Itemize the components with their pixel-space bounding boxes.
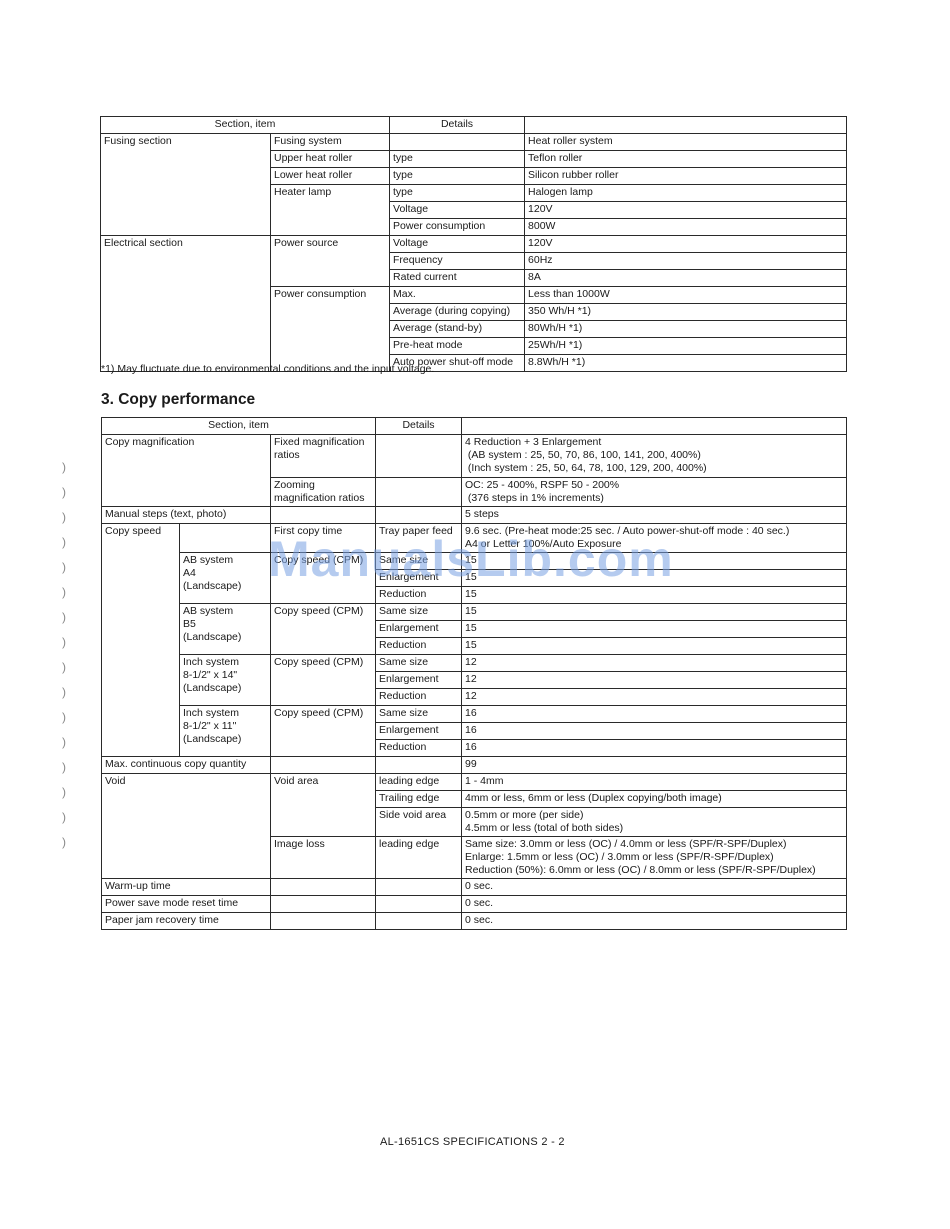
- value-cell: 5 steps: [462, 507, 847, 524]
- value-cell: Silicon rubber roller: [525, 168, 847, 185]
- item-cell: Copy speed (CPM): [271, 706, 376, 757]
- value-cell: Teflon roller: [525, 151, 847, 168]
- detail-cell: [390, 134, 525, 151]
- system-name: Inch system: [183, 656, 267, 669]
- detail-cell: Max.: [390, 287, 525, 304]
- paper-size: 8-1/2" x 14": [183, 669, 267, 682]
- item-cell: [271, 896, 376, 913]
- spacer-cell: [180, 524, 271, 553]
- value-line: Same size: 3.0mm or less (OC) / 4.0mm or…: [465, 838, 843, 851]
- value-cell: 16: [462, 706, 847, 723]
- value-line: (AB system : 25, 50, 70, 86, 100, 141, 2…: [465, 449, 843, 462]
- system-cell: Inch system 8-1/2" x 11" (Landscape): [180, 706, 271, 757]
- system-cell: AB system B5 (Landscape): [180, 604, 271, 655]
- table-row: Max. continuous copy quantity 99: [102, 757, 847, 774]
- detail-cell: [376, 913, 462, 930]
- detail-cell: [376, 507, 462, 524]
- value-cell: Heat roller system: [525, 134, 847, 151]
- header-section-item: Section, item: [102, 418, 376, 435]
- value-cell: 0 sec.: [462, 913, 847, 930]
- section-void: Void: [102, 774, 271, 879]
- value-line: 0.5mm or more (per side): [465, 809, 843, 822]
- value-cell: Less than 1000W: [525, 287, 847, 304]
- value-cell: 12: [462, 655, 847, 672]
- table-row: Warm-up time 0 sec.: [102, 879, 847, 896]
- detail-cell: Voltage: [390, 202, 525, 219]
- table-row: Fusing section Fusing system Heat roller…: [101, 134, 847, 151]
- system-cell: Inch system 8-1/2" x 14" (Landscape): [180, 655, 271, 706]
- value-cell: 8.8Wh/H *1): [525, 355, 847, 372]
- detail-cell: Enlargement: [376, 621, 462, 638]
- header-details: Details: [376, 418, 462, 435]
- header-details: Details: [390, 117, 525, 134]
- value-cell: 25Wh/H *1): [525, 338, 847, 355]
- table-row: Power save mode reset time 0 sec.: [102, 896, 847, 913]
- system-name: Inch system: [183, 707, 267, 720]
- table-header-row: Section, item Details: [101, 117, 847, 134]
- value-cell: 12: [462, 689, 847, 706]
- detail-cell: Enlargement: [376, 570, 462, 587]
- value-line: OC: 25 - 400%, RSPF 50 - 200%: [465, 479, 843, 492]
- table-row: Manual steps (text, photo) 5 steps: [102, 507, 847, 524]
- value-cell: 99: [462, 757, 847, 774]
- value-line: (Inch system : 25, 50, 64, 78, 100, 129,…: [465, 462, 843, 475]
- value-cell: 15: [462, 587, 847, 604]
- value-cell: 350 Wh/H *1): [525, 304, 847, 321]
- detail-cell: [376, 879, 462, 896]
- value-cell: 1 - 4mm: [462, 774, 847, 791]
- detail-cell: Same size: [376, 604, 462, 621]
- section-copy-magnification: Copy magnification: [102, 435, 271, 507]
- value-cell: 15: [462, 621, 847, 638]
- section-fusing: Fusing section: [101, 134, 271, 236]
- value-cell: 16: [462, 723, 847, 740]
- detail-cell: Enlargement: [376, 723, 462, 740]
- value-line: (376 steps in 1% increments): [465, 492, 843, 505]
- value-cell: 120V: [525, 202, 847, 219]
- table-row: Void Void area leading edge 1 - 4mm: [102, 774, 847, 791]
- value-cell: 15: [462, 553, 847, 570]
- table-row: Electrical section Power source Voltage …: [101, 236, 847, 253]
- item-cell: Heater lamp: [271, 185, 390, 236]
- value-cell: 0 sec.: [462, 879, 847, 896]
- detail-cell: Rated current: [390, 270, 525, 287]
- item-cell: Fusing system: [271, 134, 390, 151]
- specs-table-copy-performance: Section, item Details Copy magnification…: [101, 417, 847, 930]
- value-cell: 15: [462, 638, 847, 655]
- detail-cell: Same size: [376, 706, 462, 723]
- item-cell: [271, 757, 376, 774]
- item-cell: Void area: [271, 774, 376, 837]
- detail-cell: Reduction: [376, 689, 462, 706]
- detail-cell: Average (stand-by): [390, 321, 525, 338]
- header-section-item: Section, item: [101, 117, 390, 134]
- paper-size: 8-1/2" x 11": [183, 720, 267, 733]
- value-line: 4 Reduction + 3 Enlargement: [465, 436, 843, 449]
- item-cell: Fixed magnification ratios: [271, 435, 376, 478]
- detail-cell: Power consumption: [390, 219, 525, 236]
- page-footer: AL-1651CS SPECIFICATIONS 2 - 2: [380, 1136, 565, 1148]
- value-cell: 8A: [525, 270, 847, 287]
- specs-table-fusing-electrical: Section, item Details Fusing section Fus…: [100, 116, 847, 372]
- item-cell: Upper heat roller: [271, 151, 390, 168]
- value-cell: OC: 25 - 400%, RSPF 50 - 200% (376 steps…: [462, 478, 847, 507]
- value-cell: 0 sec.: [462, 896, 847, 913]
- table-row: AB system B5 (Landscape) Copy speed (CPM…: [102, 604, 847, 621]
- value-cell: 120V: [525, 236, 847, 253]
- value-cell: 15: [462, 604, 847, 621]
- table-row: Copy speed First copy time Tray paper fe…: [102, 524, 847, 553]
- detail-cell: Same size: [376, 655, 462, 672]
- header-value: [525, 117, 847, 134]
- item-cell: Power consumption: [271, 287, 390, 372]
- detail-cell: Same size: [376, 553, 462, 570]
- detail-cell: [376, 435, 462, 478]
- system-cell: AB system A4 (Landscape): [180, 553, 271, 604]
- item-cell: Copy speed (CPM): [271, 655, 376, 706]
- section-power-save-reset: Power save mode reset time: [102, 896, 271, 913]
- detail-cell: [376, 896, 462, 913]
- value-line: A4 or Letter 100%/Auto Exposure: [465, 538, 843, 551]
- value-cell: 80Wh/H *1): [525, 321, 847, 338]
- section-max-continuous: Max. continuous copy quantity: [102, 757, 271, 774]
- detail-cell: type: [390, 168, 525, 185]
- value-cell: 800W: [525, 219, 847, 236]
- detail-cell: Side void area: [376, 808, 462, 837]
- detail-cell: Voltage: [390, 236, 525, 253]
- header-value: [462, 418, 847, 435]
- detail-cell: leading edge: [376, 837, 462, 879]
- item-cell: [271, 507, 376, 524]
- value-line: 9.6 sec. (Pre-heat mode:25 sec. / Auto p…: [465, 525, 843, 538]
- orientation: (Landscape): [183, 733, 267, 746]
- detail-cell: Enlargement: [376, 672, 462, 689]
- detail-cell: Tray paper feed: [376, 524, 462, 553]
- detail-cell: type: [390, 151, 525, 168]
- section-title: 3. Copy performance: [101, 391, 255, 409]
- footnote: *1) May fluctuate due to environmental c…: [101, 363, 434, 375]
- item-cell: [271, 913, 376, 930]
- detail-cell: [376, 478, 462, 507]
- item-cell: Power source: [271, 236, 390, 287]
- section-manual-steps: Manual steps (text, photo): [102, 507, 271, 524]
- section-copy-speed: Copy speed: [102, 524, 180, 757]
- table-row: AB system A4 (Landscape) Copy speed (CPM…: [102, 553, 847, 570]
- value-line: 4.5mm or less (total of both sides): [465, 822, 843, 835]
- orientation: (Landscape): [183, 580, 267, 593]
- item-cell: [271, 879, 376, 896]
- table-row: Copy magnification Fixed magnification r…: [102, 435, 847, 478]
- value-cell: 4mm or less, 6mm or less (Duplex copying…: [462, 791, 847, 808]
- detail-cell: Reduction: [376, 587, 462, 604]
- value-line: Enlarge: 1.5mm or less (OC) / 3.0mm or l…: [465, 851, 843, 864]
- value-cell: 9.6 sec. (Pre-heat mode:25 sec. / Auto p…: [462, 524, 847, 553]
- value-cell: Halogen lamp: [525, 185, 847, 202]
- detail-cell: Trailing edge: [376, 791, 462, 808]
- detail-cell: Frequency: [390, 253, 525, 270]
- detail-cell: Reduction: [376, 740, 462, 757]
- detail-cell: Average (during copying): [390, 304, 525, 321]
- section-warm-up: Warm-up time: [102, 879, 271, 896]
- table-header-row: Section, item Details: [102, 418, 847, 435]
- value-cell: 60Hz: [525, 253, 847, 270]
- orientation: (Landscape): [183, 631, 267, 644]
- value-cell: 0.5mm or more (per side) 4.5mm or less (…: [462, 808, 847, 837]
- item-cell: Copy speed (CPM): [271, 553, 376, 604]
- system-name: AB system: [183, 605, 267, 618]
- section-electrical: Electrical section: [101, 236, 271, 372]
- section-paper-jam-recovery: Paper jam recovery time: [102, 913, 271, 930]
- value-line: Reduction (50%): 6.0mm or less (OC) / 8.…: [465, 864, 843, 877]
- table-row: Inch system 8-1/2" x 11" (Landscape) Cop…: [102, 706, 847, 723]
- value-cell: 15: [462, 570, 847, 587]
- detail-cell: Reduction: [376, 638, 462, 655]
- value-cell: 4 Reduction + 3 Enlargement (AB system :…: [462, 435, 847, 478]
- detail-cell: Pre-heat mode: [390, 338, 525, 355]
- binding-hole-marks: ))))) ))))) ))))) ): [62, 455, 82, 1155]
- item-cell: First copy time: [271, 524, 376, 553]
- detail-cell: type: [390, 185, 525, 202]
- item-cell: Copy speed (CPM): [271, 604, 376, 655]
- system-name: AB system: [183, 554, 267, 567]
- item-cell: Zooming magnification ratios: [271, 478, 376, 507]
- value-cell: 12: [462, 672, 847, 689]
- value-cell: 16: [462, 740, 847, 757]
- detail-cell: [376, 757, 462, 774]
- paper-size: A4: [183, 567, 267, 580]
- item-cell: Image loss: [271, 837, 376, 879]
- paper-size: B5: [183, 618, 267, 631]
- table-row: Inch system 8-1/2" x 14" (Landscape) Cop…: [102, 655, 847, 672]
- value-cell: Same size: 3.0mm or less (OC) / 4.0mm or…: [462, 837, 847, 879]
- table-row: Paper jam recovery time 0 sec.: [102, 913, 847, 930]
- detail-cell: leading edge: [376, 774, 462, 791]
- item-cell: Lower heat roller: [271, 168, 390, 185]
- orientation: (Landscape): [183, 682, 267, 695]
